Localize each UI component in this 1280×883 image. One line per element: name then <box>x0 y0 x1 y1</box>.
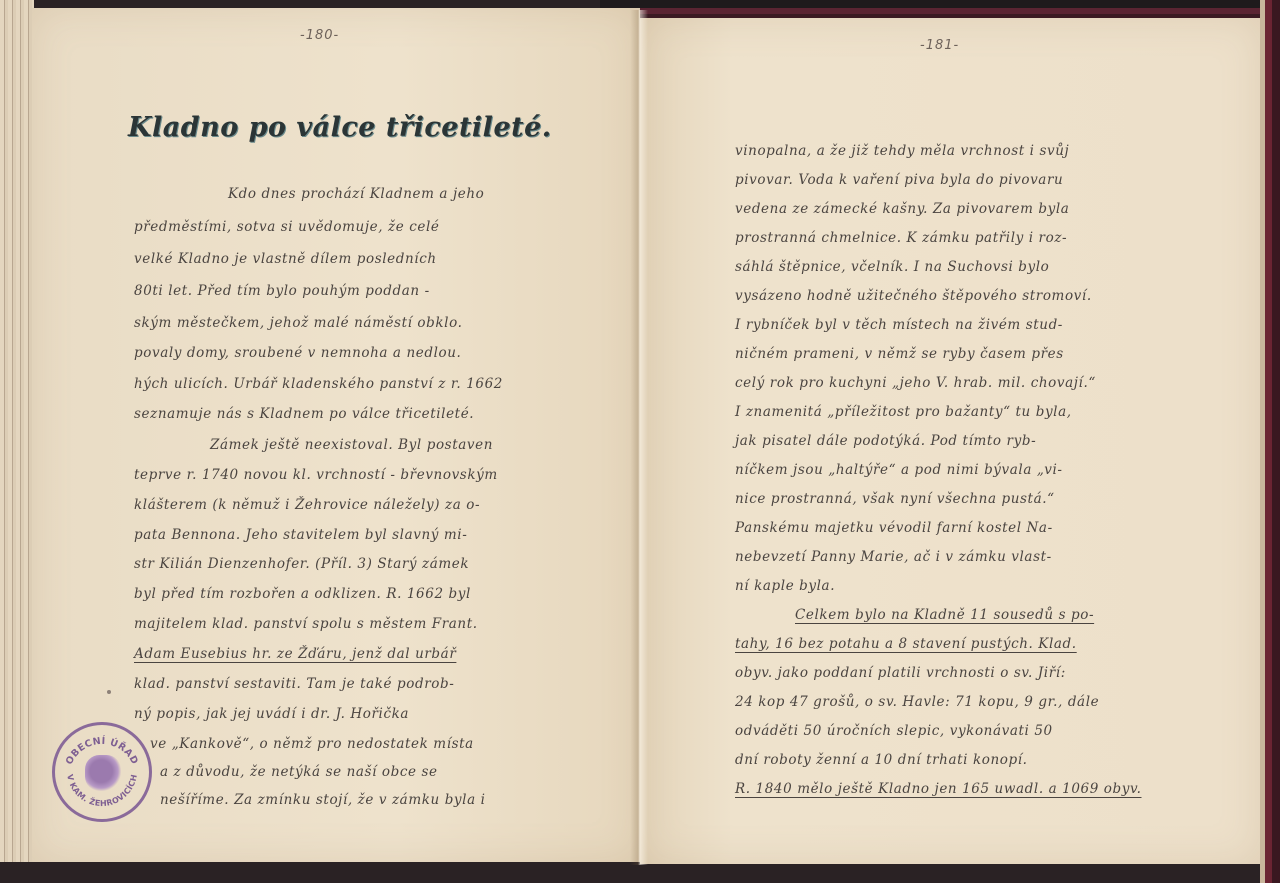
text-line: ničném prameni, v němž se ryby časem pře… <box>735 346 1064 362</box>
text-line: obyv. jako poddaní platili vrchnosti o s… <box>735 665 1066 681</box>
text-line: nebevzetí Panny Marie, ač i v zámku vlas… <box>735 549 1052 565</box>
text-line: níčkem jsou „haltýře“ a pod nimi bývala … <box>735 462 1063 478</box>
text-line: pivovar. Voda k vaření piva byla do pivo… <box>735 172 1063 188</box>
text-line: vedena ze zámecké kašny. Za pivovarem by… <box>735 201 1069 217</box>
text-line: jak pisatel dále podotýká. Pod tímto ryb… <box>735 433 1036 449</box>
text-line: sáhlá štěpnice, včelník. I na Suchovsi b… <box>735 259 1049 275</box>
page-number-left: -180- <box>300 28 339 43</box>
text-line: velké Kladno je vlastně dílem posledních <box>134 251 437 267</box>
text-line: majitelem klad. panství spolu s městem F… <box>134 616 478 632</box>
text-line: vysázeno hodně užitečného štěpového stro… <box>735 288 1092 304</box>
text-line: 24 kop 47 grošů, o sv. Havle: 71 kopu, 9… <box>735 694 1099 710</box>
text-line: byl před tím rozbořen a odklizen. R. 166… <box>134 586 471 602</box>
text-line: Panskému majetku vévodil farní kostel Na… <box>735 520 1053 536</box>
text-line: dní roboty ženní a 10 dní trhati konopí. <box>735 752 1028 768</box>
text-line: předměstími, sotva si uvědomuje, že celé <box>134 219 439 235</box>
text-line-underlined: Adam Eusebius hr. ze Žďáru, jenž dal urb… <box>134 646 456 662</box>
text-line: klad. panství sestaviti. Tam je také pod… <box>134 676 454 692</box>
text-line: povaly domy, sroubené v nemnoha a nedlou… <box>134 345 461 361</box>
text-line: nešíříme. Za zmínku stojí, že v zámku by… <box>160 792 486 808</box>
text-line: str Kilián Dienzenhofer. (Příl. 3) Starý… <box>134 556 469 572</box>
page-edge-stack <box>0 0 34 862</box>
text-line: teprve r. 1740 novou kl. vrchností - bře… <box>134 467 498 483</box>
text-line: ný popis, jak jej uvádí i dr. J. Hořička <box>134 706 409 722</box>
book-gutter <box>630 10 648 865</box>
text-line: ským městečkem, jehož malé náměstí obklo… <box>134 315 462 331</box>
text-line-underlined: Celkem bylo na Kladně 11 sousedů s po- <box>795 607 1094 623</box>
page-number-right: -181- <box>920 38 959 53</box>
text-line: ní kaple byla. <box>735 578 835 594</box>
text-line: a z důvodu, že netýká se naší obce se <box>160 764 438 780</box>
book-cover-right <box>1260 0 1280 883</box>
text-line: seznamuje nás s Kladnem po válce třiceti… <box>134 406 474 422</box>
scanned-book-spread: -180- Kladno po válce třicetileté. Kdo d… <box>0 0 1280 883</box>
text-line: ve „Kankově“, o němž pro nedostatek míst… <box>150 736 474 752</box>
ink-dot <box>107 690 111 694</box>
lion-emblem-icon <box>85 755 121 791</box>
text-line-underlined: tahy, 16 bez potahu a 8 stavení pustých.… <box>735 636 1077 652</box>
text-line: pata Bennona. Jeho stavitelem byl slavný… <box>134 527 467 543</box>
text-line: vinopalna, a že již tehdy měla vrchnost … <box>735 143 1069 159</box>
text-line: klášterem (k němuž i Žehrovice náležely)… <box>134 497 480 513</box>
text-line: I znamenitá „příležitost pro bažanty“ tu… <box>735 404 1072 420</box>
text-line: celý rok pro kuchyni „jeho V. hrab. mil.… <box>735 375 1096 391</box>
text-line: Kdo dnes prochází Kladnem a jeho <box>228 186 484 202</box>
page-title: Kladno po válce třicetileté. <box>128 112 552 143</box>
text-line-underlined: R. 1840 mělo ještě Kladno jen 165 uwadl.… <box>735 781 1142 797</box>
text-line: 80ti let. Před tím bylo pouhým poddan - <box>134 283 430 299</box>
municipal-office-stamp: OBECNÍ ÚŘAD V KAM. ŽEHROVICÍCH <box>52 722 152 822</box>
text-line: I rybníček byl v těch místech na živém s… <box>735 317 1063 333</box>
text-line: Zámek ještě neexistoval. Byl postaven <box>210 437 493 453</box>
text-line: prostranná chmelnice. K zámku patřily i … <box>735 230 1067 246</box>
book-cover-top <box>600 0 1280 18</box>
text-line: nice prostranná, však nyní všechna pustá… <box>735 491 1055 507</box>
text-line: hých ulicích. Urbář kladenského panství … <box>134 376 503 392</box>
text-line: odváděti 50 úročních slepic, vykonávati … <box>735 723 1053 739</box>
